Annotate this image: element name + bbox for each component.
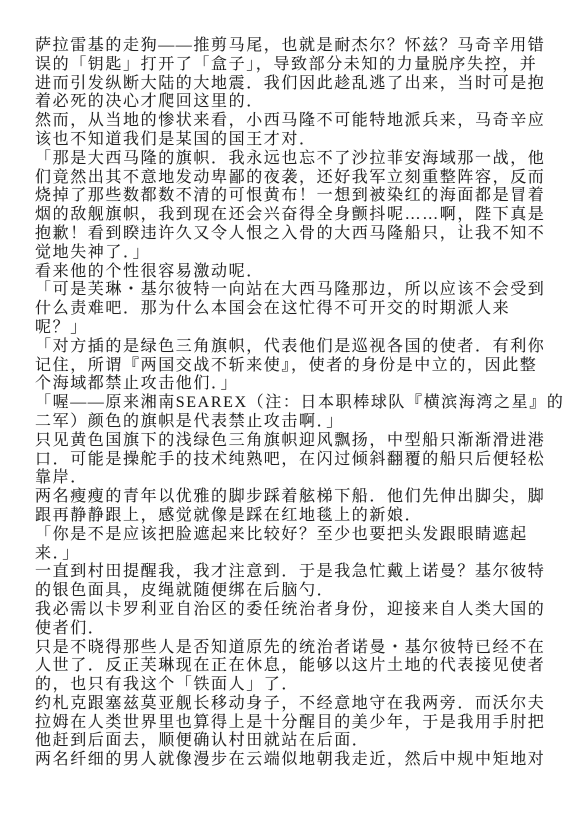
text-line: 的，也只有我这个「铁面人」了． <box>35 676 559 695</box>
text-line: 进而引发纵断大陆的大地震．我们因此趁乱逃了出来，当时可是抱 <box>35 75 559 94</box>
text-line: 烧掉了那些数都数不清的可恨黄布！一想到被染红的海面都是冒着 <box>35 187 559 206</box>
page-text-block: 萨拉雷基的走狗——推剪马尾，也就是耐杰尔？怀兹？马奇辛用错误的「钥匙」打开了「盒… <box>35 37 559 770</box>
text-line: 「那是大西马隆的旗帜．我永远也忘不了沙拉菲安海域那一战，他 <box>35 150 559 169</box>
text-line: 着必死的决心才爬回这里的． <box>35 93 559 112</box>
text-line: 靠岸． <box>35 469 559 488</box>
text-line: 个海域都禁止攻击他们．」 <box>35 375 559 394</box>
text-line: 跟再静静跟上，感觉就像是踩在红地毯上的新娘． <box>35 507 559 526</box>
text-line: 「对方插的是绿色三角旗帜，代表他们是巡视各国的使者．有利你 <box>35 338 559 357</box>
text-line: 只见黄色国旗下的浅绿色三角旗帜迎风飘扬，中型船只渐渐滑进港 <box>35 432 559 451</box>
text-line: 呢？」 <box>35 319 559 338</box>
text-line: 什么责难吧．那为什么本国会在这忙得不可开交的时期派人来 <box>35 300 559 319</box>
text-line: 记住，所谓『两国交战不斩来使』，使者的身份是中立的，因此整 <box>35 357 559 376</box>
novel-page: 萨拉雷基的走狗——推剪马尾，也就是耐杰尔？怀兹？马奇辛用错误的「钥匙」打开了「盒… <box>0 0 583 828</box>
text-line: 抱歉！看到睽违许久又令人恨之入骨的大西马隆船只，让我不知不 <box>35 225 559 244</box>
text-line: 误的「钥匙」打开了「盒子」，导致部分未知的力量脱序失控，并 <box>35 56 559 75</box>
text-line: 烟的敌舰旗帜，我到现在还会兴奋得全身颤抖呢……啊，陛下真是 <box>35 206 559 225</box>
text-line: 两名纤细的男人就像漫步在云端似地朝我走近，然后中规中矩地对 <box>35 751 559 770</box>
text-line: 觉地失神了．」 <box>35 244 559 263</box>
text-line: 人世了．反正芙琳现在正在休息，能够以这片土地的代表接见使者 <box>35 657 559 676</box>
text-line: 来．」 <box>35 545 559 564</box>
text-line: 们竟然出其不意地发动卑鄙的夜袭，还好我军立刻重整阵容，反而 <box>35 169 559 188</box>
text-line: 看来他的个性很容易激动呢． <box>35 263 559 282</box>
text-line: 口．可能是操舵手的技术纯熟吧，在闪过倾斜翻覆的船只后便轻松 <box>35 451 559 470</box>
text-line: 使者们． <box>35 620 559 639</box>
text-line: 萨拉雷基的走狗——推剪马尾，也就是耐杰尔？怀兹？马奇辛用错 <box>35 37 559 56</box>
text-line: 拉姆在人类世界里也算得上是十分醒目的美少年，于是我用手肘把 <box>35 714 559 733</box>
text-line: 一直到村田提醒我，我才注意到．于是我急忙戴上诺曼？基尔彼特 <box>35 563 559 582</box>
text-line: 约札克跟塞兹莫亚舰长移动身子，不经意地守在我两旁．而沃尔夫 <box>35 695 559 714</box>
text-line: 「你是不是应该把脸遮起来比较好？至少也要把头发跟眼睛遮起 <box>35 526 559 545</box>
text-line: 两名瘦瘦的青年以优雅的脚步踩着舷梯下船．他们先伸出脚尖，脚 <box>35 488 559 507</box>
text-line: 该也不知道我们是某国的国王才对． <box>35 131 559 150</box>
text-line: 「可是芙琳・基尔彼特一向站在大西马隆那边，所以应该不会受到 <box>35 281 559 300</box>
text-line: 然而，从当地的惨状来看，小西马隆不可能特地派兵来，马奇辛应 <box>35 112 559 131</box>
text-line: 「喔——原来湘南SEAREX（注：日本职棒球队『横滨海湾之星』的 <box>35 394 559 413</box>
text-line: 二军）颜色的旗帜是代表禁止攻击啊．」 <box>35 413 559 432</box>
text-line: 他赶到后面去，顺便确认村田就站在后面． <box>35 732 559 751</box>
text-line: 我必需以卡罗利亚自治区的委任统治者身份，迎接来自人类大国的 <box>35 601 559 620</box>
text-line: 只是不晓得那些人是否知道原先的统治者诺曼・基尔彼特已经不在 <box>35 639 559 658</box>
text-line: 的银色面具，皮绳就随便绑在后脑勺． <box>35 582 559 601</box>
